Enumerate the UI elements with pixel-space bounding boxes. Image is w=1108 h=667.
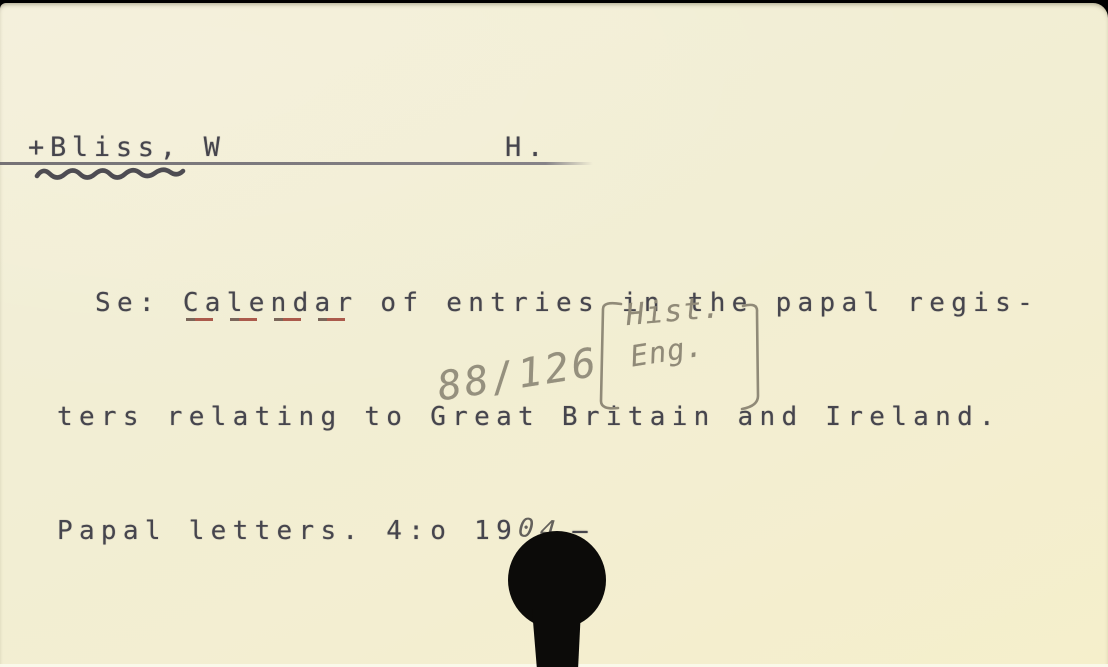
catalog-punch-hole-icon [494,529,624,667]
wavy-underline-mark [33,163,189,185]
scanned-catalog-card-page: +Bliss, W H. Se: Calendar of entries in … [0,0,1108,667]
body-line-2: ters relating to Great Britain and Irela… [57,398,1087,436]
catalog-card: +Bliss, W H. Se: Calendar of entries in … [0,3,1108,667]
author-heading: +Bliss, W [28,131,226,165]
body-line-1: Se: Calendar of entries in the papal reg… [57,284,1087,322]
author-middle-initial: H. [505,131,549,165]
title-word-underlined: Calendar [183,288,359,318]
body-line3-prefix: Papal letters. 4:o 19 [57,516,518,546]
body-line1-prefix: Se: [95,288,183,318]
